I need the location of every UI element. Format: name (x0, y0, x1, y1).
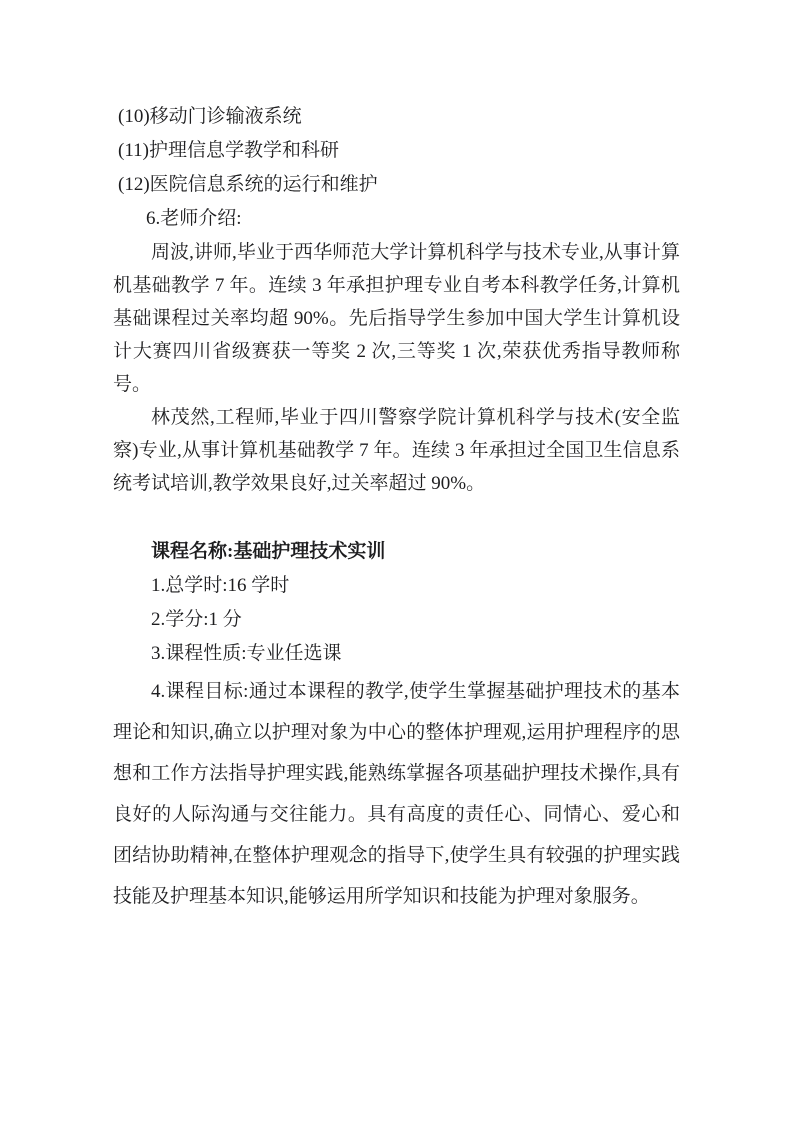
course-credits: 2.学分:1 分 (113, 603, 680, 637)
feature-item-12: (12)医院信息系统的运行和维护 (113, 168, 680, 202)
course-objective: 4.课程目标:通过本课程的教学,使学生掌握基础护理技术的基本理论和知识,确立以护… (113, 671, 680, 917)
teacher-paragraph-linmaoran: 林茂然,工程师,毕业于四川警察学院计算机科学与技术(安全监察)专业,从事计算机基… (113, 401, 680, 500)
feature-item-10: (10)移动门诊输液系统 (113, 100, 680, 134)
teacher-paragraph-zhoubo: 周波,讲师,毕业于西华师范大学计算机科学与技术专业,从事计算机基础教学 7 年。… (113, 236, 680, 401)
course-type: 3.课程性质:专业任选课 (113, 637, 680, 671)
document-page: (10)移动门诊输液系统 (11)护理信息学教学和科研 (12)医院信息系统的运… (0, 0, 793, 1122)
feature-item-11: (11)护理信息学教学和科研 (113, 134, 680, 168)
teacher-intro-heading: 6.老师介绍: (113, 202, 680, 236)
course-title: 课程名称:基础护理技术实训 (113, 535, 680, 569)
course-total-hours: 1.总学时:16 学时 (113, 569, 680, 603)
